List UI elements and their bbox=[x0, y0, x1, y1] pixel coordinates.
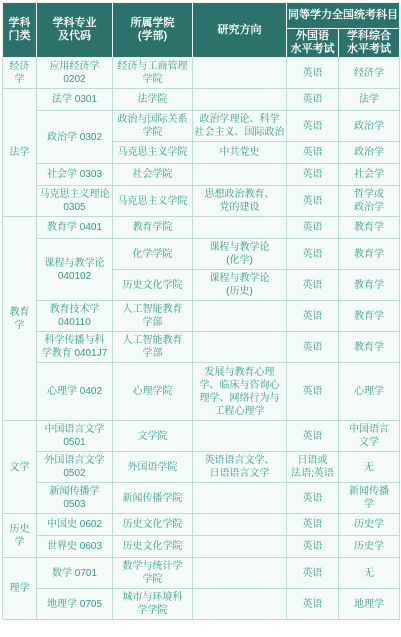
foreign-exam-cell: 英语 bbox=[287, 536, 339, 558]
college-cell: 人工智能教育 学部 bbox=[113, 301, 193, 332]
comprehensive-exam-cell: 社会学 bbox=[339, 164, 400, 186]
college-cell: 人工智能教育 学部 bbox=[113, 332, 193, 363]
foreign-exam-cell: 英语 bbox=[287, 332, 339, 363]
header-major: 学科专业 及代码 bbox=[37, 3, 113, 58]
category-cell: 法学 bbox=[3, 89, 37, 217]
header-comprehensive-exam: 学科综合 水平考试 bbox=[339, 29, 400, 58]
college-cell: 经济与工商管理 学院 bbox=[113, 58, 193, 89]
college-cell: 化学学院 bbox=[113, 239, 193, 270]
research-direction-cell bbox=[193, 589, 287, 620]
foreign-exam-cell: 英语 bbox=[287, 301, 339, 332]
college-cell: 历史文化学院 bbox=[113, 270, 193, 301]
major-code-cell: 社会学 0303 bbox=[37, 164, 113, 186]
research-direction-cell bbox=[193, 301, 287, 332]
college-cell: 外国语学院 bbox=[113, 452, 193, 483]
major-code-cell: 政治学 0302 bbox=[37, 111, 113, 164]
comprehensive-exam-cell: 教育学 bbox=[339, 239, 400, 270]
research-direction-cell: 发展与教育心理 学、临床与咨询心 理学、网络行为与 工程心理学 bbox=[193, 363, 287, 421]
college-cell: 教育学院 bbox=[113, 217, 193, 239]
header-exam-group: 同等学力全国统考科目 bbox=[287, 3, 400, 29]
foreign-exam-cell: 英语 bbox=[287, 239, 339, 270]
foreign-exam-cell: 英语 bbox=[287, 58, 339, 89]
table-row: 社会学 0303 社会学院 英语 社会学 bbox=[3, 164, 400, 186]
major-code-cell: 课程与教学论 040102 bbox=[37, 239, 113, 301]
major-code-cell: 法学 0301 bbox=[37, 89, 113, 111]
college-cell: 心理学院 bbox=[113, 363, 193, 421]
foreign-exam-cell: 英语 bbox=[287, 186, 339, 217]
category-cell: 教育 学 bbox=[3, 217, 37, 421]
college-cell: 文学院 bbox=[113, 421, 193, 452]
research-direction-cell bbox=[193, 58, 287, 89]
research-direction-cell: 课程与教学论 (历史) bbox=[193, 270, 287, 301]
research-direction-cell bbox=[193, 421, 287, 452]
header-direction: 研究方向 bbox=[193, 3, 287, 58]
table-row: 外国语言文学 0502 外国语学院 英语语言文学、 日语语言文学 日语或 法语;… bbox=[3, 452, 400, 483]
comprehensive-exam-cell: 教育学 bbox=[339, 301, 400, 332]
major-code-cell: 教育技术学 040110 bbox=[37, 301, 113, 332]
page: 学科 门类 学科专业 及代码 所属学院 (学部) 研究方向 同等学力全国统考科目… bbox=[0, 0, 401, 622]
table-row: 课程与教学论 040102 化学学院 课程与教学论 (化学) 英语 教育学 bbox=[3, 239, 400, 270]
header-category: 学科 门类 bbox=[3, 3, 37, 58]
college-cell: 新闻传播学院 bbox=[113, 483, 193, 514]
admission-exam-table: 学科 门类 学科专业 及代码 所属学院 (学部) 研究方向 同等学力全国统考科目… bbox=[2, 2, 400, 620]
table-body: 经济 学 应用经济学 0202 经济与工商管理 学院 英语 经济学 法学 法学 … bbox=[3, 58, 400, 620]
foreign-exam-cell: 英语 bbox=[287, 164, 339, 186]
research-direction-cell: 课程与教学论 (化学) bbox=[193, 239, 287, 270]
major-code-cell: 马克思主义理论 0305 bbox=[37, 186, 113, 217]
table-row: 教育 学 教育学 0401 教育学院 英语 教育学 bbox=[3, 217, 400, 239]
category-cell: 文学 bbox=[3, 421, 37, 514]
header-foreign-exam: 外国语 水平考试 bbox=[287, 29, 339, 58]
comprehensive-exam-cell: 政治学 bbox=[339, 142, 400, 164]
college-cell: 城市与环境科 学学院 bbox=[113, 589, 193, 620]
foreign-exam-cell: 英语 bbox=[287, 217, 339, 239]
research-direction-cell bbox=[193, 332, 287, 363]
college-cell: 政治与国际关系 学院 bbox=[113, 111, 193, 142]
category-cell: 经济 学 bbox=[3, 58, 37, 89]
foreign-exam-cell: 英语 bbox=[287, 483, 339, 514]
table-row: 文学 中国语言文学 0501 文学院 英语 中国语言 文学 bbox=[3, 421, 400, 452]
table-row: 教育技术学 040110 人工智能教育 学部 英语 教育学 bbox=[3, 301, 400, 332]
table-row: 地理学 0705 城市与环境科 学学院 英语 地理学 bbox=[3, 589, 400, 620]
table-row: 法学 法学 0301 法学院 英语 法学 bbox=[3, 89, 400, 111]
comprehensive-exam-cell: 心理学 bbox=[339, 363, 400, 421]
comprehensive-exam-cell: 经济学 bbox=[339, 58, 400, 89]
table-row: 政治学 0302 政治与国际关系 学院 政治学理论、科学 社会主义、国际政治 英… bbox=[3, 111, 400, 142]
table-header: 学科 门类 学科专业 及代码 所属学院 (学部) 研究方向 同等学力全国统考科目… bbox=[3, 3, 400, 58]
table-row: 马克思主义理论 0305 马克思主义学院 思想政治教育、 党的建设 英语 哲学或… bbox=[3, 186, 400, 217]
foreign-exam-cell: 英语 bbox=[287, 89, 339, 111]
table-row: 心理学 0402 心理学院 发展与教育心理 学、临床与咨询心 理学、网络行为与 … bbox=[3, 363, 400, 421]
college-cell: 历史文化学院 bbox=[113, 536, 193, 558]
table-row: 理学 数学 0701 数学与统计学 学院 英语 无 bbox=[3, 558, 400, 589]
comprehensive-exam-cell: 地理学 bbox=[339, 589, 400, 620]
college-cell: 社会学院 bbox=[113, 164, 193, 186]
comprehensive-exam-cell: 历史学 bbox=[339, 514, 400, 536]
foreign-exam-cell: 英语 bbox=[287, 270, 339, 301]
table-row: 历史 学 中国史 0602 历史文化学院 英语 历史学 bbox=[3, 514, 400, 536]
major-code-cell: 应用经济学 0202 bbox=[37, 58, 113, 89]
major-code-cell: 新闻传播学 0503 bbox=[37, 483, 113, 514]
table-row: 世界史 0603 历史文化学院 英语 历史学 bbox=[3, 536, 400, 558]
research-direction-cell bbox=[193, 536, 287, 558]
research-direction-cell bbox=[193, 164, 287, 186]
foreign-exam-cell: 英语 bbox=[287, 142, 339, 164]
research-direction-cell: 思想政治教育、 党的建设 bbox=[193, 186, 287, 217]
research-direction-cell: 中共党史 bbox=[193, 142, 287, 164]
research-direction-cell: 政治学理论、科学 社会主义、国际政治 bbox=[193, 111, 287, 142]
table-row: 新闻传播学 0503 新闻传播学院 英语 新闻传播 学 bbox=[3, 483, 400, 514]
comprehensive-exam-cell: 无 bbox=[339, 558, 400, 589]
foreign-exam-cell: 英语 bbox=[287, 421, 339, 452]
table-row: 经济 学 应用经济学 0202 经济与工商管理 学院 英语 经济学 bbox=[3, 58, 400, 89]
comprehensive-exam-cell: 政治学 bbox=[339, 111, 400, 142]
header-row-1: 学科 门类 学科专业 及代码 所属学院 (学部) 研究方向 同等学力全国统考科目 bbox=[3, 3, 400, 29]
comprehensive-exam-cell: 中国语言 文学 bbox=[339, 421, 400, 452]
foreign-exam-cell: 英语 bbox=[287, 558, 339, 589]
major-code-cell: 科学传播与科 学教育 0401J7 bbox=[37, 332, 113, 363]
major-code-cell: 数学 0701 bbox=[37, 558, 113, 589]
major-code-cell: 中国语言文学 0501 bbox=[37, 421, 113, 452]
major-code-cell: 世界史 0603 bbox=[37, 536, 113, 558]
comprehensive-exam-cell: 教育学 bbox=[339, 217, 400, 239]
foreign-exam-cell: 英语 bbox=[287, 514, 339, 536]
research-direction-cell bbox=[193, 514, 287, 536]
comprehensive-exam-cell: 历史学 bbox=[339, 536, 400, 558]
table-row: 科学传播与科 学教育 0401J7 人工智能教育 学部 英语 教育学 bbox=[3, 332, 400, 363]
research-direction-cell bbox=[193, 89, 287, 111]
research-direction-cell bbox=[193, 483, 287, 514]
college-cell: 历史文化学院 bbox=[113, 514, 193, 536]
comprehensive-exam-cell: 新闻传播 学 bbox=[339, 483, 400, 514]
comprehensive-exam-cell: 哲学或 政治学 bbox=[339, 186, 400, 217]
foreign-exam-cell: 英语 bbox=[287, 111, 339, 142]
college-cell: 马克思主义学院 bbox=[113, 142, 193, 164]
comprehensive-exam-cell: 教育学 bbox=[339, 332, 400, 363]
category-cell: 理学 bbox=[3, 558, 37, 620]
comprehensive-exam-cell: 教育学 bbox=[339, 270, 400, 301]
comprehensive-exam-cell: 法学 bbox=[339, 89, 400, 111]
college-cell: 数学与统计学 学院 bbox=[113, 558, 193, 589]
major-code-cell: 地理学 0705 bbox=[37, 589, 113, 620]
major-code-cell: 外国语言文学 0502 bbox=[37, 452, 113, 483]
major-code-cell: 心理学 0402 bbox=[37, 363, 113, 421]
research-direction-cell: 英语语言文学、 日语语言文学 bbox=[193, 452, 287, 483]
foreign-exam-cell: 日语或 法语;英语 bbox=[287, 452, 339, 483]
college-cell: 法学院 bbox=[113, 89, 193, 111]
research-direction-cell bbox=[193, 558, 287, 589]
comprehensive-exam-cell: 无 bbox=[339, 452, 400, 483]
college-cell: 马克思主义学院 bbox=[113, 186, 193, 217]
major-code-cell: 中国史 0602 bbox=[37, 514, 113, 536]
major-code-cell: 教育学 0401 bbox=[37, 217, 113, 239]
header-college: 所属学院 (学部) bbox=[113, 3, 193, 58]
category-cell: 历史 学 bbox=[3, 514, 37, 558]
research-direction-cell bbox=[193, 217, 287, 239]
foreign-exam-cell: 英语 bbox=[287, 589, 339, 620]
foreign-exam-cell: 英语 bbox=[287, 363, 339, 421]
